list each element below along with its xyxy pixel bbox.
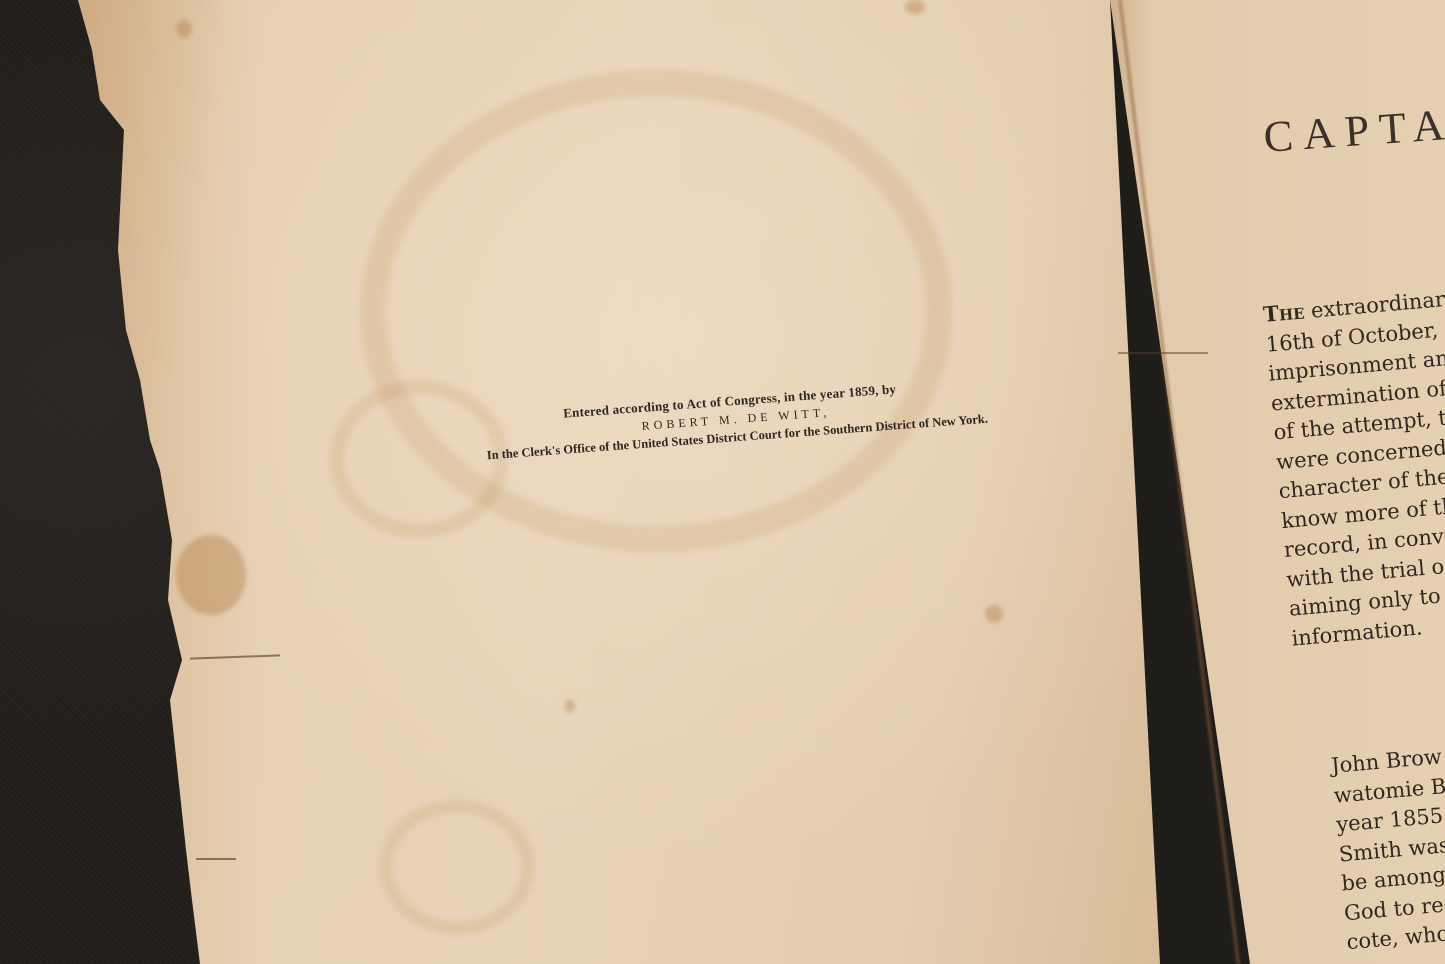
foxing-spot [905, 0, 925, 14]
paragraph-john-brown: John Brow watomie Bro year 1855. Smith w… [1330, 740, 1445, 958]
foxing-spot [176, 535, 246, 615]
foxing-spot [176, 20, 192, 38]
foxing-spot [565, 700, 575, 712]
lead-word: The [1262, 298, 1305, 326]
page-tear [196, 858, 236, 860]
foxing-spot [985, 605, 1003, 623]
paragraph-intro: The extraordinary 16th of October, 18 im… [1262, 281, 1445, 654]
lower-ring-stain [380, 800, 534, 934]
page-fold-tear [1118, 352, 1208, 354]
